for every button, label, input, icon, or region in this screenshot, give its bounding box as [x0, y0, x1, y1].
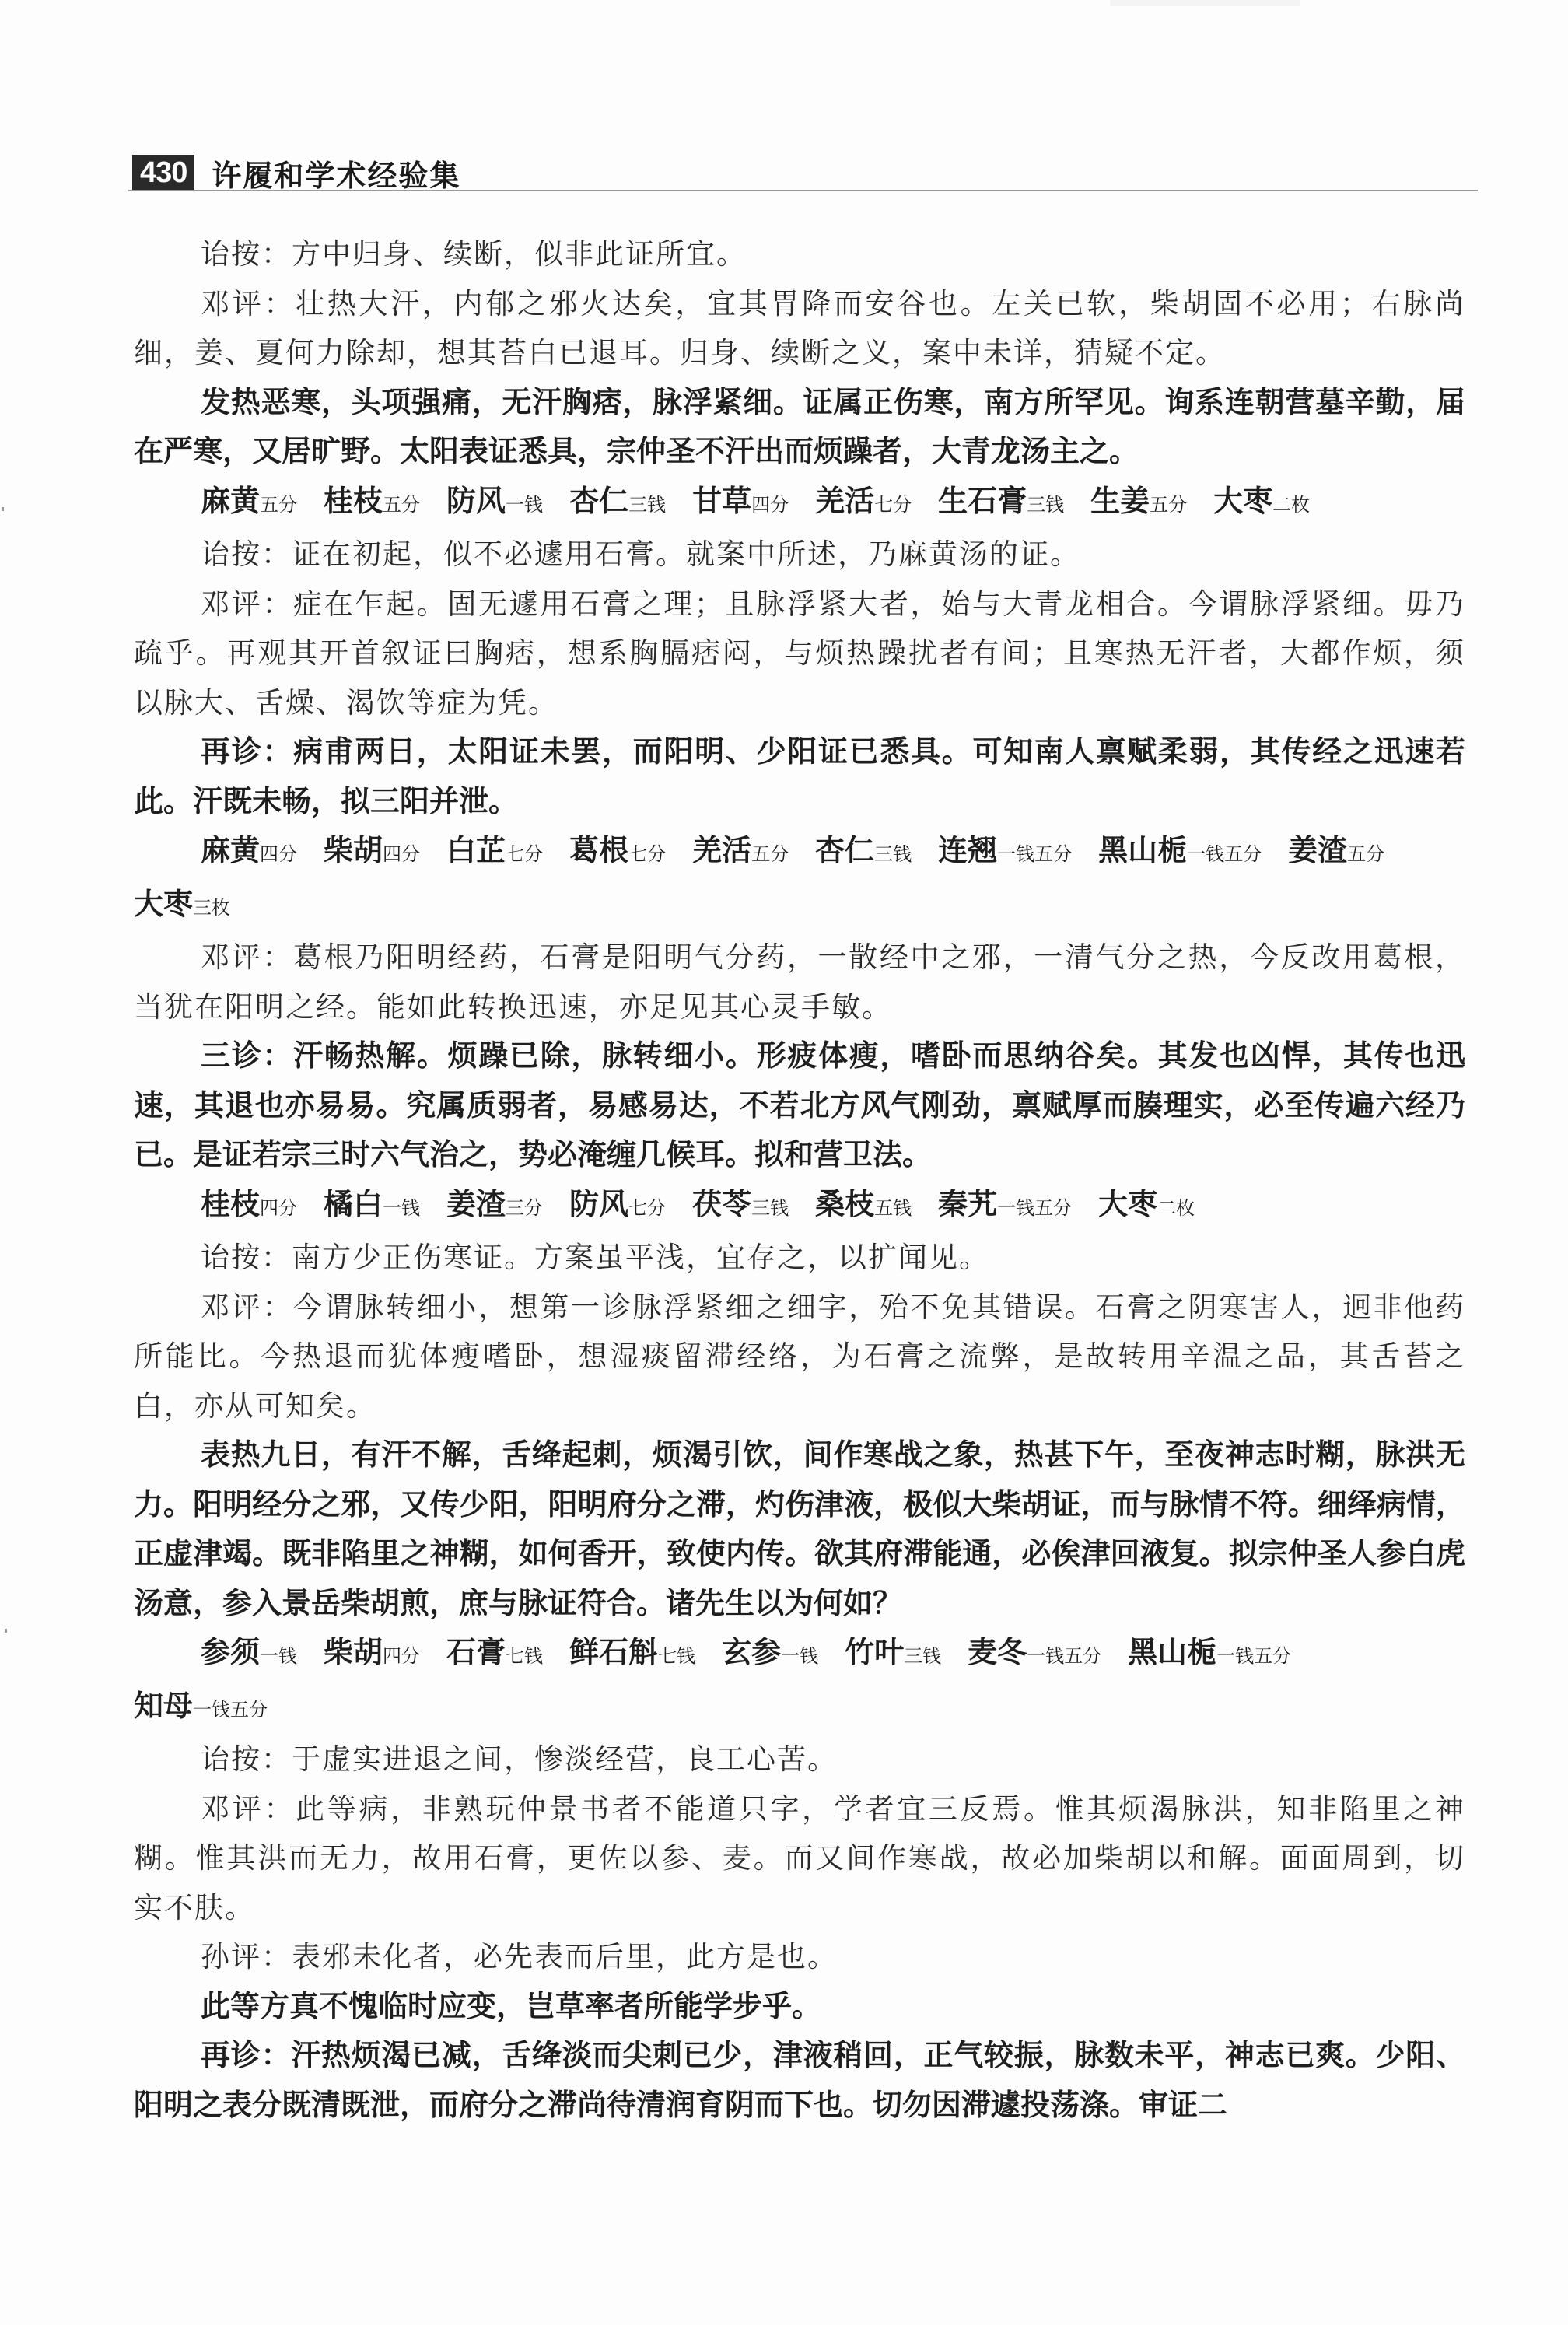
herb-name: 秦艽 — [938, 1187, 997, 1221]
herb-item: 桂枝五分 — [324, 484, 420, 518]
page-number: 430 — [132, 155, 194, 191]
herb-name: 知母 — [134, 1689, 193, 1723]
herb-dose: 一钱 — [781, 1645, 818, 1667]
herb-item: 参须一钱 — [201, 1635, 297, 1669]
herb-item: 石膏七钱 — [446, 1635, 543, 1669]
herb-item: 玄参一钱 — [722, 1635, 818, 1669]
herb-dose: 三钱 — [1027, 494, 1064, 516]
herb-item: 麻黄五分 — [201, 484, 297, 518]
scan-speck — [2, 507, 4, 511]
scan-speck — [5, 1629, 7, 1633]
herb-item: 生石膏三钱 — [938, 484, 1064, 518]
herb-item: 葛根七分 — [569, 833, 666, 867]
herb-dose: 二枚 — [1157, 1197, 1195, 1219]
herb-name: 桂枝 — [201, 1187, 260, 1221]
case-paragraph: 发热恶寒，头项强痛，无汗胸痞，脉浮紧细。证属正伤寒，南方所罕见。询系连朝营墓辛勤… — [134, 378, 1465, 477]
herb-item: 秦艽一钱五分 — [938, 1187, 1072, 1221]
herb-dose: 一钱五分 — [997, 1197, 1072, 1219]
herb-name: 参须 — [201, 1635, 260, 1669]
herb-item: 羌活七分 — [815, 484, 912, 518]
case-paragraph: 表热九日，有汗不解，舌绛起刺，烦渴引饮，间作寒战之象，热甚下午，至夜神志时糊，脉… — [134, 1430, 1465, 1628]
herb-name: 白芷 — [446, 833, 506, 867]
herb-item: 大枣二枚 — [1098, 1187, 1195, 1221]
prescription-line: 麻黄五分桂枝五分防风一钱杏仁三钱甘草四分羌活七分生石膏三钱生姜五分大枣二枚 — [134, 477, 1465, 530]
herb-dose: 五分 — [260, 494, 297, 516]
herb-item: 白芷七分 — [446, 833, 543, 867]
herb-dose: 三分 — [506, 1197, 543, 1219]
herb-name: 生石膏 — [938, 484, 1027, 518]
herb-name: 鲜石斛 — [569, 1635, 658, 1669]
herb-dose: 三枚 — [193, 897, 230, 919]
herb-item: 桑枝五钱 — [815, 1187, 912, 1221]
herb-name: 柴胡 — [324, 1635, 383, 1669]
herb-item: 甘草四分 — [692, 484, 789, 518]
herb-item: 防风一钱 — [446, 484, 543, 518]
herb-dose: 四分 — [260, 843, 297, 865]
herb-name: 桑枝 — [815, 1187, 874, 1221]
herb-name: 柴胡 — [324, 833, 383, 867]
header-rule — [128, 190, 1478, 191]
herb-item: 茯苓三钱 — [692, 1187, 789, 1221]
commentary-paragraph: 诒按：证在初起，似不必遽用石膏。就案中所述，乃麻黄汤的证。 — [134, 530, 1465, 579]
prescription-line: 参须一钱柴胡四分石膏七钱鲜石斛七钱玄参一钱竹叶三钱麦冬一钱五分黑山栀一钱五分知母… — [134, 1628, 1465, 1735]
herb-name: 葛根 — [569, 833, 628, 867]
herb-dose: 二枚 — [1272, 494, 1310, 516]
herb-name: 甘草 — [692, 484, 751, 518]
herb-name: 羌活 — [815, 484, 874, 518]
commentary-paragraph: 邓评：葛根乃阳明经药，石膏是阳明气分药，一散经中之邪，一清气分之热，今反改用葛根… — [134, 933, 1465, 1031]
herb-item: 杏仁三钱 — [569, 484, 666, 518]
commentary-paragraph: 邓评：今谓脉转细小，想第一诊脉浮紧细之细字，殆不免其错误。石膏之阴寒害人，迥非他… — [134, 1283, 1465, 1431]
herb-item: 柴胡四分 — [324, 833, 420, 867]
herb-item: 桂枝四分 — [201, 1187, 297, 1221]
commentary-paragraph: 孙评：表邪未化者，必先表而后里，此方是也。 — [134, 1932, 1465, 1982]
herb-dose: 七分 — [628, 843, 666, 865]
commentary-paragraph: 诒按：南方少正伤寒证。方案虽平浅，宜存之，以扩闻见。 — [134, 1233, 1465, 1283]
herb-name: 黑山栀 — [1128, 1635, 1216, 1669]
herb-dose: 七钱 — [506, 1645, 543, 1667]
herb-dose: 三钱 — [628, 494, 666, 516]
herb-item: 姜渣五分 — [1288, 833, 1384, 867]
herb-item: 橘白一钱 — [324, 1187, 420, 1221]
herb-item: 连翘一钱五分 — [938, 833, 1072, 867]
herb-name: 麻黄 — [201, 833, 260, 867]
page-body: 诒按：方中归身、续断，似非此证所宜。邓评：壮热大汗，内郁之邪火达矣，宜其胃降而安… — [134, 229, 1465, 2130]
herb-name: 大枣 — [134, 887, 193, 921]
commentary-paragraph: 邓评：症在乍起。固无遽用石膏之理；且脉浮紧大者，始与大青龙相合。今谓脉浮紧细。毋… — [134, 579, 1465, 728]
herb-dose: 三钱 — [751, 1197, 789, 1219]
herb-dose: 四分 — [260, 1197, 297, 1219]
herb-name: 茯苓 — [692, 1187, 751, 1221]
herb-name: 麦冬 — [968, 1635, 1027, 1669]
herb-name: 杏仁 — [569, 484, 628, 518]
herb-name: 竹叶 — [845, 1635, 904, 1669]
herb-dose: 一钱 — [383, 1197, 420, 1219]
herb-name: 生姜 — [1090, 484, 1150, 518]
herb-item: 柴胡四分 — [324, 1635, 420, 1669]
herb-dose: 五分 — [383, 494, 420, 516]
herb-item: 羌活五分 — [692, 833, 789, 867]
herb-dose: 七分 — [628, 1197, 666, 1219]
herb-dose: 七钱 — [658, 1645, 695, 1667]
herb-dose: 一钱五分 — [1216, 1645, 1291, 1667]
herb-name: 麻黄 — [201, 484, 260, 518]
herb-name: 姜渣 — [446, 1187, 506, 1221]
case-paragraph: 三诊：汗畅热解。烦躁已除，脉转细小。形疲体瘦，嗜卧而思纳谷矣。其发也凶悍，其传也… — [134, 1031, 1465, 1180]
herb-dose: 一钱 — [260, 1645, 297, 1667]
herb-dose: 三钱 — [904, 1645, 941, 1667]
herb-dose: 三钱 — [874, 843, 912, 865]
prescription-line: 麻黄四分柴胡四分白芷七分葛根七分羌活五分杏仁三钱连翘一钱五分黑山栀一钱五分姜渣五… — [134, 826, 1465, 933]
herb-dose: 四分 — [383, 1645, 420, 1667]
herb-name: 姜渣 — [1288, 833, 1347, 867]
herb-name: 大枣 — [1098, 1187, 1157, 1221]
herb-name: 防风 — [446, 484, 506, 518]
herb-dose: 一钱 — [506, 494, 543, 516]
book-title: 许履和学术经验集 — [212, 152, 460, 194]
scan-edge-strip — [1110, 0, 1300, 6]
herb-item: 麻黄四分 — [201, 833, 297, 867]
herb-name: 羌活 — [692, 833, 751, 867]
herb-name: 大枣 — [1213, 484, 1272, 518]
herb-dose: 四分 — [383, 843, 420, 865]
herb-item: 生姜五分 — [1090, 484, 1187, 518]
herb-item: 知母一钱五分 — [134, 1689, 268, 1723]
commentary-paragraph: 邓评：壮热大汗，内郁之邪火达矣，宜其胃降而安谷也。左关已软，柴胡固不必用；右脉尚… — [134, 279, 1465, 378]
herb-dose: 七分 — [506, 843, 543, 865]
herb-dose: 七分 — [874, 494, 912, 516]
herb-item: 防风七分 — [569, 1187, 666, 1221]
case-paragraph: 再诊：病甫两日，太阳证未罢，而阳明、少阳证已悉具。可知南人禀赋柔弱，其传经之迅速… — [134, 727, 1465, 826]
herb-dose: 四分 — [751, 494, 789, 516]
herb-item: 黑山栀一钱五分 — [1098, 833, 1262, 867]
herb-dose: 一钱五分 — [1187, 843, 1262, 865]
herb-dose: 一钱五分 — [1027, 1645, 1101, 1667]
herb-item: 大枣二枚 — [1213, 484, 1310, 518]
commentary-paragraph: 诒按：方中归身、续断，似非此证所宜。 — [134, 229, 1465, 279]
case-paragraph: 此等方真不愧临时应变，岂草率者所能学步乎。 — [134, 1982, 1465, 2032]
prescription-line: 桂枝四分橘白一钱姜渣三分防风七分茯苓三钱桑枝五钱秦艽一钱五分大枣二枚 — [134, 1180, 1465, 1234]
herb-name: 黑山栀 — [1098, 833, 1187, 867]
herb-dose: 五分 — [751, 843, 789, 865]
commentary-paragraph: 邓评：此等病，非熟玩仲景书者不能道只字，学者宜三反焉。惟其烦渴脉洪，知非陷里之神… — [134, 1784, 1465, 1933]
herb-name: 玄参 — [722, 1635, 781, 1669]
herb-name: 杏仁 — [815, 833, 874, 867]
herb-name: 桂枝 — [324, 484, 383, 518]
book-page: 430 许履和学术经验集 诒按：方中归身、续断，似非此证所宜。邓评：壮热大汗，内… — [0, 0, 1568, 2325]
running-header: 430 许履和学术经验集 — [132, 149, 460, 196]
herb-name: 防风 — [569, 1187, 628, 1221]
herb-dose: 一钱五分 — [997, 843, 1072, 865]
herb-item: 大枣三枚 — [134, 887, 230, 921]
herb-item: 麦冬一钱五分 — [968, 1635, 1101, 1669]
herb-name: 石膏 — [446, 1635, 506, 1669]
herb-dose: 五钱 — [874, 1197, 912, 1219]
herb-dose: 五分 — [1150, 494, 1187, 516]
herb-dose: 一钱五分 — [193, 1699, 268, 1721]
herb-item: 黑山栀一钱五分 — [1128, 1635, 1291, 1669]
herb-dose: 五分 — [1347, 843, 1384, 865]
herb-name: 连翘 — [938, 833, 997, 867]
herb-item: 姜渣三分 — [446, 1187, 543, 1221]
herb-name: 橘白 — [324, 1187, 383, 1221]
herb-item: 鲜石斛七钱 — [569, 1635, 695, 1669]
herb-item: 杏仁三钱 — [815, 833, 912, 867]
herb-item: 竹叶三钱 — [845, 1635, 941, 1669]
case-paragraph: 再诊：汗热烦渴已减，舌绛淡而尖刺已少，津液稍回，正气较振，脉数未平，神志已爽。少… — [134, 2031, 1465, 2130]
commentary-paragraph: 诒按：于虚实进退之间，惨淡经营，良工心苦。 — [134, 1735, 1465, 1784]
